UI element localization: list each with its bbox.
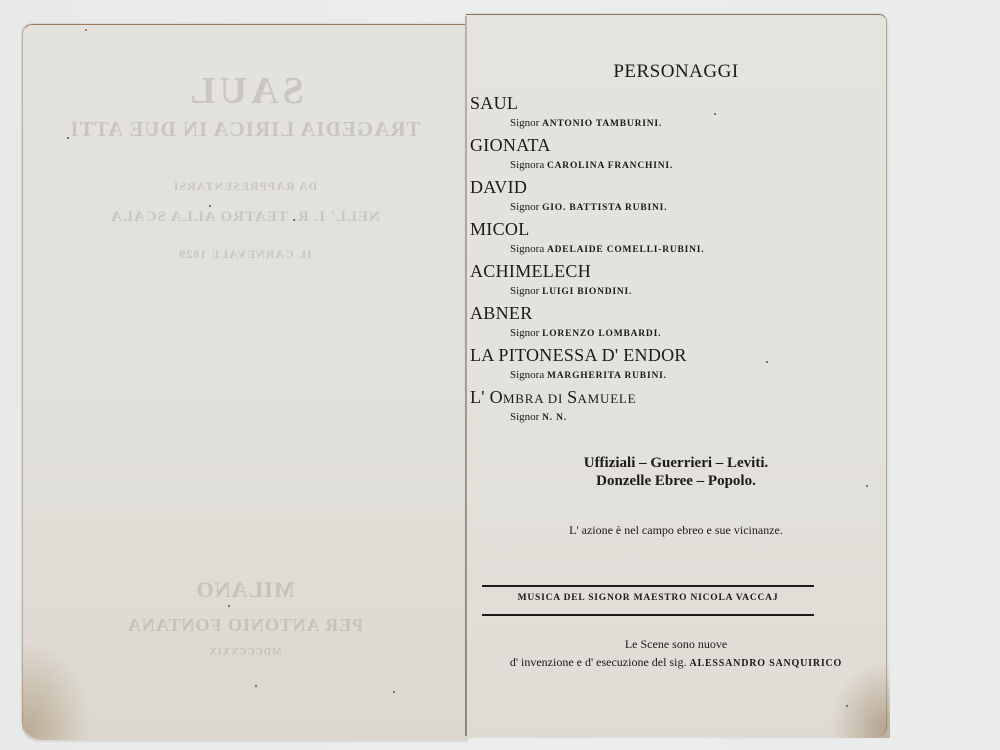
- music-credit: MUSICA DEL SIGNOR MAESTRO NICOLA VACCAJ: [482, 593, 814, 603]
- bleed-through-printer: PER ANTONIO FONTANA: [23, 615, 467, 636]
- cast-list: PERSONAGGI SAUL Signor ANTONIO TAMBURINI…: [466, 15, 886, 737]
- role-name: ACHIMELECH: [470, 261, 591, 282]
- performer: Signor LORENZO LOMBARDI.: [510, 327, 661, 339]
- bleed-through-title: SAUL: [23, 69, 467, 113]
- foxing-spot: [393, 691, 395, 693]
- role-part: L' O: [470, 387, 503, 407]
- bleed-through-line3: DA RAPPRESENTARSI: [23, 179, 467, 194]
- role-name: GIONATA: [470, 135, 551, 156]
- role-part: AMUELE: [577, 391, 636, 406]
- role-name: LA PITONESSA D' ENDOR: [470, 345, 687, 366]
- performer-title: Signor: [510, 117, 539, 129]
- foxing-spot: [67, 137, 69, 139]
- scenes-line-1: Le Scene sono nuove: [466, 637, 886, 652]
- rule-bottom: [482, 614, 814, 616]
- bleed-through-line5: IL CARNEVALE 1829: [23, 247, 467, 262]
- foxing-spot: [255, 685, 257, 687]
- performer-title: Signor: [510, 201, 539, 213]
- setting-note: L' azione è nel campo ebreo e sue vicina…: [466, 523, 886, 538]
- role-name: SAUL: [470, 93, 518, 114]
- page-title: PERSONAGGI: [466, 61, 886, 83]
- right-page: PERSONAGGI SAUL Signor ANTONIO TAMBURINI…: [466, 14, 887, 737]
- performer-name: CAROLINA FRANCHINI.: [547, 161, 673, 171]
- performer-title: Signor: [510, 285, 539, 297]
- performer-title: Signora: [510, 369, 544, 381]
- corner-stain: [830, 660, 890, 738]
- bleed-through-subtitle: TRAGEDIA LIRICA IN DUE ATTI: [23, 117, 467, 142]
- corner-stain: [22, 640, 92, 740]
- performer: Signora CAROLINA FRANCHINI.: [510, 159, 673, 171]
- performer-name: ADELAIDE COMELLI-RUBINI.: [547, 245, 705, 255]
- performer-title: Signor: [510, 327, 539, 339]
- foxing-spot: [766, 361, 768, 363]
- performer-name: MARGHERITA RUBINI.: [547, 371, 667, 381]
- role-part: MBRA DI: [503, 391, 567, 406]
- scenes-text: d' invenzione e d' esecuzione del sig.: [510, 655, 687, 669]
- scenes-line-2: d' invenzione e d' esecuzione del sig. A…: [466, 655, 886, 670]
- performer-name: ANTONIO TAMBURINI.: [542, 119, 662, 129]
- performer: Signor LUIGI BIONDINI.: [510, 285, 632, 297]
- role-name: ABNER: [470, 303, 533, 324]
- performer: Signor GIO. BATTISTA RUBINI.: [510, 201, 667, 213]
- foxing-spot: [714, 113, 716, 115]
- bleed-through-line4: NELL' I. R. TEATRO ALLA SCALA: [23, 209, 467, 226]
- foxing-spot: [228, 605, 230, 607]
- role-name: MICOL: [470, 219, 530, 240]
- performer: Signora MARGHERITA RUBINI.: [510, 369, 667, 381]
- performer-title: Signora: [510, 243, 544, 255]
- chorus-line-1: Uffiziali – Guerrieri – Leviti.: [466, 455, 886, 472]
- scenes-designer: ALESSANDRO SANQUIRICO: [689, 658, 842, 669]
- performer-title: Signora: [510, 159, 544, 171]
- bleed-through-city: MILANO: [23, 577, 467, 603]
- performer: Signor N. N.: [510, 411, 567, 423]
- rule-top: [482, 585, 814, 587]
- left-page: SAUL TRAGEDIA LIRICA IN DUE ATTI DA RAPP…: [22, 24, 467, 741]
- role-name: L' OMBRA DI SAMUELE: [470, 387, 636, 408]
- performer-name: LUIGI BIONDINI.: [542, 287, 632, 297]
- foxing-spot: [209, 205, 211, 207]
- foxing-spot: [85, 29, 87, 31]
- performer-name: GIO. BATTISTA RUBINI.: [542, 203, 667, 213]
- performer: Signora ADELAIDE COMELLI-RUBINI.: [510, 243, 704, 255]
- book-spine: [465, 16, 467, 736]
- foxing-spot: [866, 485, 868, 487]
- performer-name: N. N.: [542, 413, 567, 423]
- role-part: S: [567, 387, 577, 407]
- foxing-spot: [293, 219, 295, 221]
- performer-title: Signor: [510, 411, 539, 423]
- role-name: DAVID: [470, 177, 527, 198]
- chorus-line-2: Donzelle Ebree – Popolo.: [466, 473, 886, 490]
- performer: Signor ANTONIO TAMBURINI.: [510, 117, 662, 129]
- performer-name: LORENZO LOMBARDI.: [542, 329, 661, 339]
